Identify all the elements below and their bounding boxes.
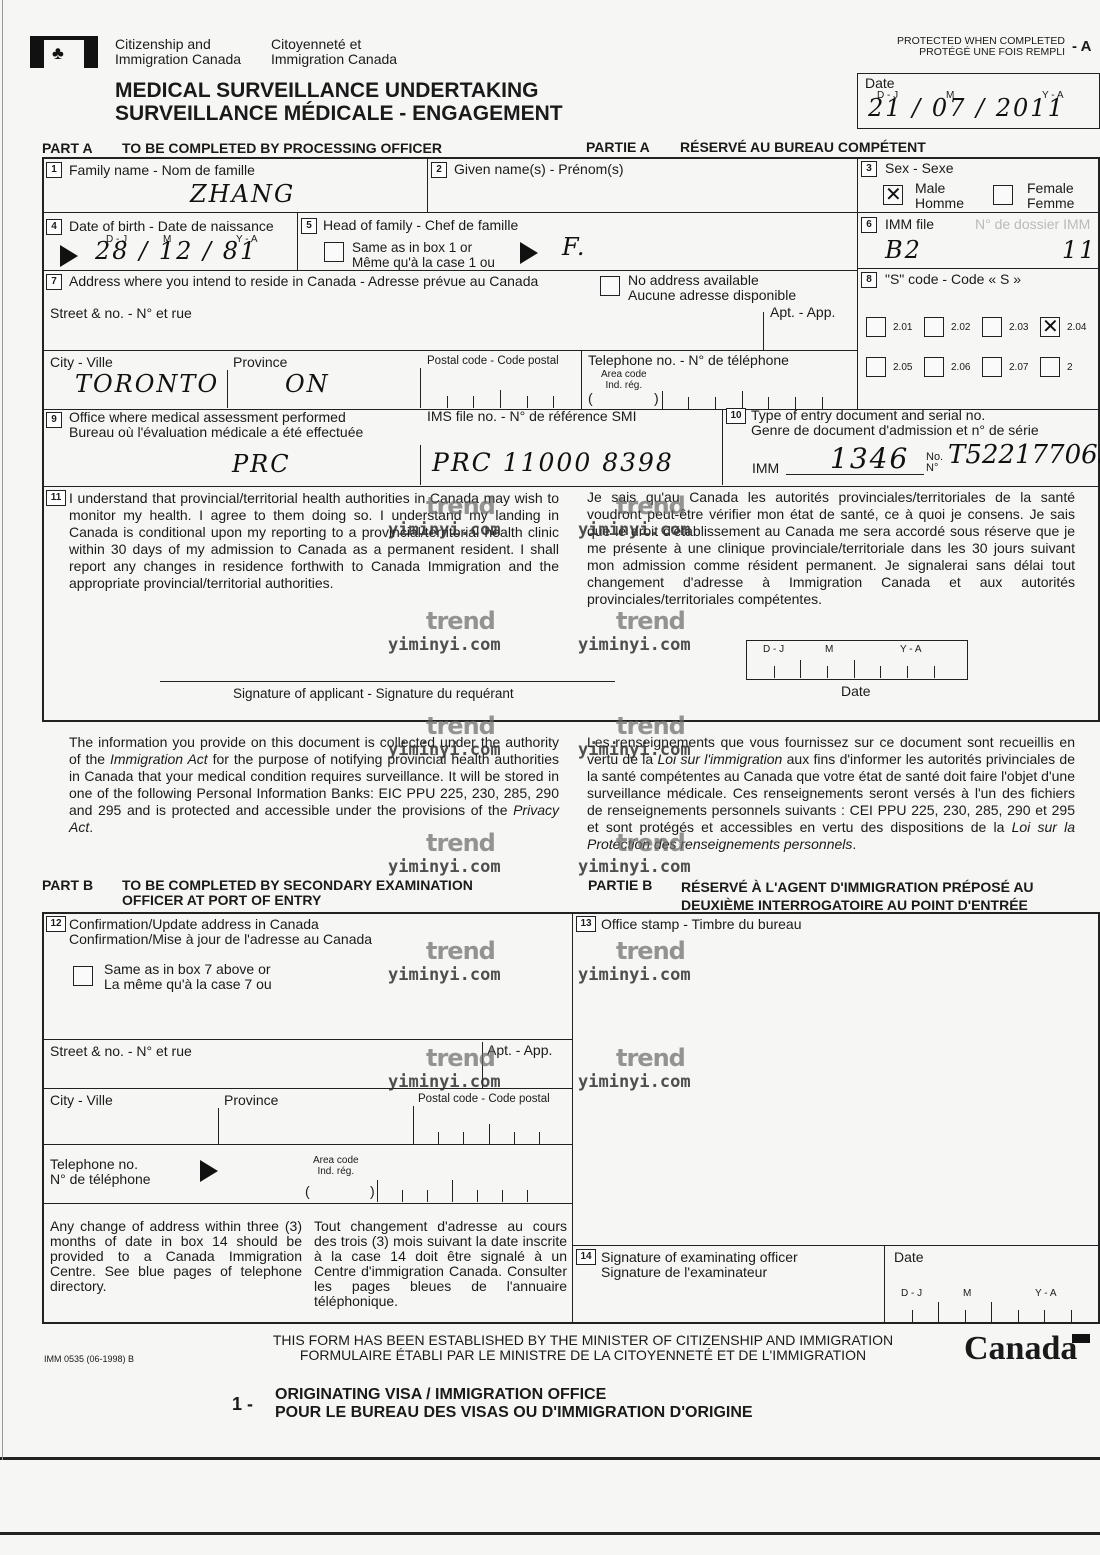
assessment-office-value[interactable]: PRC (232, 450, 291, 478)
city-value[interactable]: TORONTO (75, 370, 219, 398)
sex-male-checkbox[interactable] (883, 185, 903, 205)
page-edge-line (0, 1532, 1100, 1535)
postal-code-field[interactable] (420, 376, 580, 408)
s-code-label: 2.07 (1009, 362, 1028, 373)
watermark-logo: trend (616, 712, 685, 740)
established-by: THIS FORM HAS BEEN ESTABLISHED BY THE MI… (248, 1333, 918, 1363)
watermark-text: yiminyi.com (388, 740, 501, 760)
same-as-box7-checkbox[interactable] (73, 966, 93, 986)
s-code-checkbox-2.03[interactable] (982, 317, 1002, 337)
part-b-heading: TO BE COMPLETED BY SECONDARY EXAMINATION… (122, 878, 473, 908)
given-name-field[interactable] (440, 182, 840, 208)
s-code-checkbox-2.04[interactable] (1040, 317, 1060, 337)
watermark-text: yiminyi.com (578, 635, 691, 655)
update-postal-code-field[interactable] (413, 1112, 571, 1144)
partie-b-label: PARTIE B (588, 878, 652, 893)
s-code-label: 2.01 (893, 322, 912, 333)
s-code-checkbox-2.07[interactable] (982, 357, 1002, 377)
head-of-family-value[interactable]: F. (562, 233, 587, 261)
imm-file-value-right[interactable]: 11 (1062, 236, 1097, 264)
s-code-label: 2.05 (893, 362, 912, 373)
arrow-right-icon (200, 1160, 218, 1182)
ims-file-value[interactable]: PRC 11000 8398 (432, 448, 674, 477)
partie-a-heading: RÉSERVÉ AU BUREAU COMPÉTENT (680, 140, 926, 155)
head-same-as-box1-checkbox[interactable] (324, 242, 344, 262)
telephone-field[interactable]: () (588, 385, 856, 409)
form-code: IMM 0535 (06-1998) B (44, 1354, 134, 1364)
header-date-value: 21 / 07 / 2011 (868, 94, 1065, 122)
watermark-logo: trend (616, 492, 685, 520)
agency-name-fr: Citoyenneté etImmigration Canada (271, 37, 397, 67)
part-b-label: PART B (42, 878, 93, 893)
watermark-text: yiminyi.com (578, 857, 691, 877)
address-change-notice-en: Any change of address within three (3) m… (50, 1219, 302, 1294)
watermark-logo: trend (426, 492, 495, 520)
watermark-logo: trend (426, 937, 495, 965)
watermark-text: yiminyi.com (388, 857, 501, 877)
imm-file-value-left[interactable]: B2 (885, 236, 922, 264)
s-code-checkbox-2[interactable] (1040, 357, 1060, 377)
arrow-right-icon (520, 242, 538, 264)
protected-notice: PROTECTED WHEN COMPLETEDPROTÉGÉ UNE FOIS… (880, 36, 1065, 58)
no-address-checkbox[interactable] (600, 276, 620, 296)
province-value[interactable]: ON (285, 370, 330, 398)
watermark-logo: trend (426, 1044, 495, 1072)
part-a-heading: TO BE COMPLETED BY PROCESSING OFFICER (122, 141, 442, 156)
watermark-text: yiminyi.com (388, 1072, 501, 1092)
s-code-checkbox-2.05[interactable] (866, 357, 886, 377)
s-code-label: 2 (1067, 362, 1073, 373)
s-code-label: 2.06 (951, 362, 970, 373)
street-field[interactable] (50, 322, 760, 346)
watermark-logo: trend (426, 829, 495, 857)
watermark-logo: trend (616, 1044, 685, 1072)
s-code-label: 2.04 (1067, 322, 1086, 333)
applicant-date-box[interactable]: D - J M Y - A (746, 640, 968, 680)
copy-destination: ORIGINATING VISA / IMMIGRATION OFFICEPOU… (275, 1386, 753, 1422)
address-change-notice-fr: Tout changement d'adresse au cours des t… (314, 1219, 567, 1309)
watermark-text: yiminyi.com (388, 965, 501, 985)
watermark-text: yiminyi.com (578, 965, 691, 985)
examiner-date-field[interactable]: D - J M Y - A (885, 1280, 1100, 1324)
s-code-checkbox-2.06[interactable] (924, 357, 944, 377)
partie-b-heading: RÉSERVÉ À L'AGENT D'IMMIGRATION PRÉPOSÉ … (681, 878, 1034, 914)
partie-a-label: PARTIE A (586, 140, 650, 155)
title-fr: SURVEILLANCE MÉDICALE - ENGAGEMENT (115, 102, 563, 125)
serial-number-value[interactable]: T522177065 (948, 440, 1100, 470)
arrow-right-icon (60, 245, 78, 267)
watermark-logo: trend (616, 937, 685, 965)
agency-name-en: Citizenship andImmigration Canada (115, 37, 241, 67)
watermark-text: yiminyi.com (388, 635, 501, 655)
watermark-text: yiminyi.com (578, 1072, 691, 1092)
watermark-text: yiminyi.com (388, 520, 501, 540)
update-telephone-field[interactable]: () (305, 1180, 571, 1202)
applicant-signature-line[interactable] (160, 681, 615, 682)
sex-female-checkbox[interactable] (993, 185, 1013, 205)
imm-doc-type-value[interactable]: 1346 (830, 442, 909, 475)
s-code-label: 2.02 (951, 322, 970, 333)
copy-number: 1 - (232, 1394, 253, 1415)
government-flag-logo: ♣ (30, 36, 98, 68)
date-of-birth-value[interactable]: 28 / 12 / 81 (95, 237, 257, 265)
watermark-text: yiminyi.com (578, 520, 691, 540)
family-name-value[interactable]: ZHANG (190, 180, 295, 208)
title-en: MEDICAL SURVEILLANCE UNDERTAKING (115, 79, 563, 102)
copy-letter: - A (1072, 38, 1091, 55)
part-a-label: PART A (42, 141, 93, 156)
maple-leaf-icon: ♣ (52, 44, 64, 62)
page-edge-line (0, 1457, 1100, 1460)
watermark-logo: trend (616, 607, 685, 635)
watermark-logo: trend (426, 712, 495, 740)
s-code-checkbox-2.01[interactable] (866, 317, 886, 337)
canada-flag-mark-icon (1072, 1334, 1090, 1343)
s-code-checkbox-2.02[interactable] (924, 317, 944, 337)
form-title: MEDICAL SURVEILLANCE UNDERTAKING SURVEIL… (115, 79, 563, 125)
watermark-logo: trend (616, 829, 685, 857)
header-date-box[interactable]: Date D - J M Y - A 21 / 07 / 2011 (857, 73, 1100, 129)
watermark-text: yiminyi.com (578, 740, 691, 760)
watermark-logo: trend (426, 607, 495, 635)
s-code-label: 2.03 (1009, 322, 1028, 333)
canada-wordmark: Canada (964, 1330, 1077, 1368)
examiner-signature-field[interactable] (600, 1285, 880, 1321)
